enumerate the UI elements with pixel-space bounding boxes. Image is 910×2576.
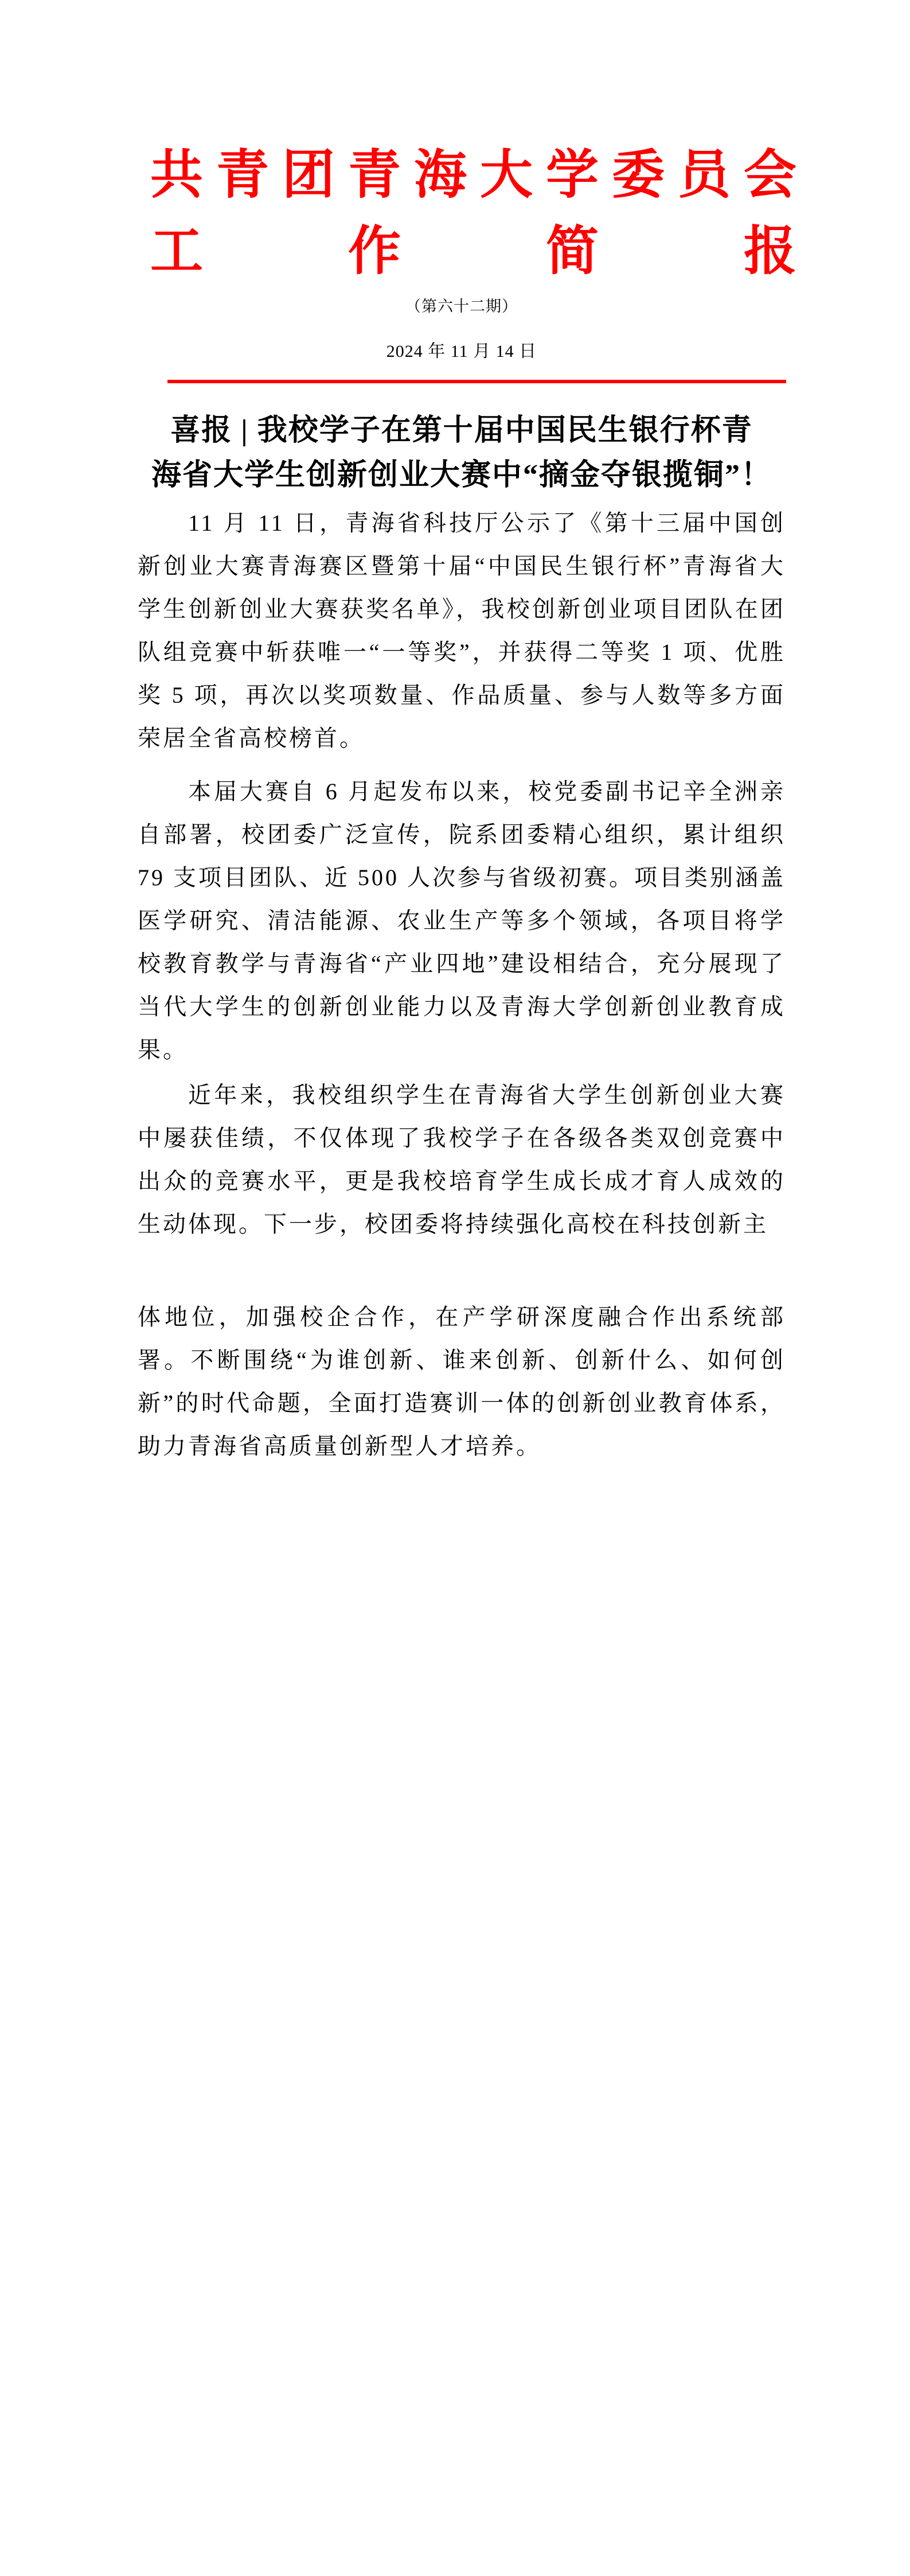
- bulletin-title: 工作简报: [150, 223, 796, 280]
- divider-line: [167, 380, 786, 383]
- org-title: 共青团青海大学委员会: [150, 146, 796, 204]
- paragraph-3: 近年来，我校组织学生在青海省大学生创新创业大赛中屡获佳绩，不仅体现了我校学子在各…: [138, 1073, 786, 1246]
- publish-date: 2024 年 11 月 14 日: [138, 341, 786, 362]
- paragraph-4: 体地位，加强校企合作，在产学研深度融合作出系统部署。不断围绕“为谁创新、谁来创新…: [138, 1295, 786, 1468]
- paragraph-1: 11 月 11 日，青海省科技厅公示了《第十三届中国创新创业大赛青海赛区暨第十届…: [138, 501, 786, 760]
- bulletin-page: 共青团青海大学委员会 工作简报 （第六十二期） 2024 年 11 月 14 日…: [0, 0, 910, 2576]
- page-content: 共青团青海大学委员会 工作简报 （第六十二期） 2024 年 11 月 14 日…: [138, 0, 786, 1468]
- article: 喜报 | 我校学子在第十届中国民生银行杯青 海省大学生创新创业大赛中“摘金夺银揽…: [138, 408, 786, 1468]
- headline-line-2: 海省大学生创新创业大赛中“摘金夺银揽铜”！: [138, 453, 786, 498]
- headline: 喜报 | 我校学子在第十届中国民生银行杯青 海省大学生创新创业大赛中“摘金夺银揽…: [138, 408, 786, 498]
- issue-number: （第六十二期）: [138, 297, 786, 316]
- paragraph-2: 本届大赛自 6 月起发布以来，校党委副书记辛全洲亲自部署，校团委广泛宣传，院系团…: [138, 770, 786, 1071]
- headline-line-1: 喜报 | 我校学子在第十届中国民生银行杯青: [138, 408, 786, 453]
- masthead: 共青团青海大学委员会 工作简报 （第六十二期） 2024 年 11 月 14 日: [138, 146, 786, 383]
